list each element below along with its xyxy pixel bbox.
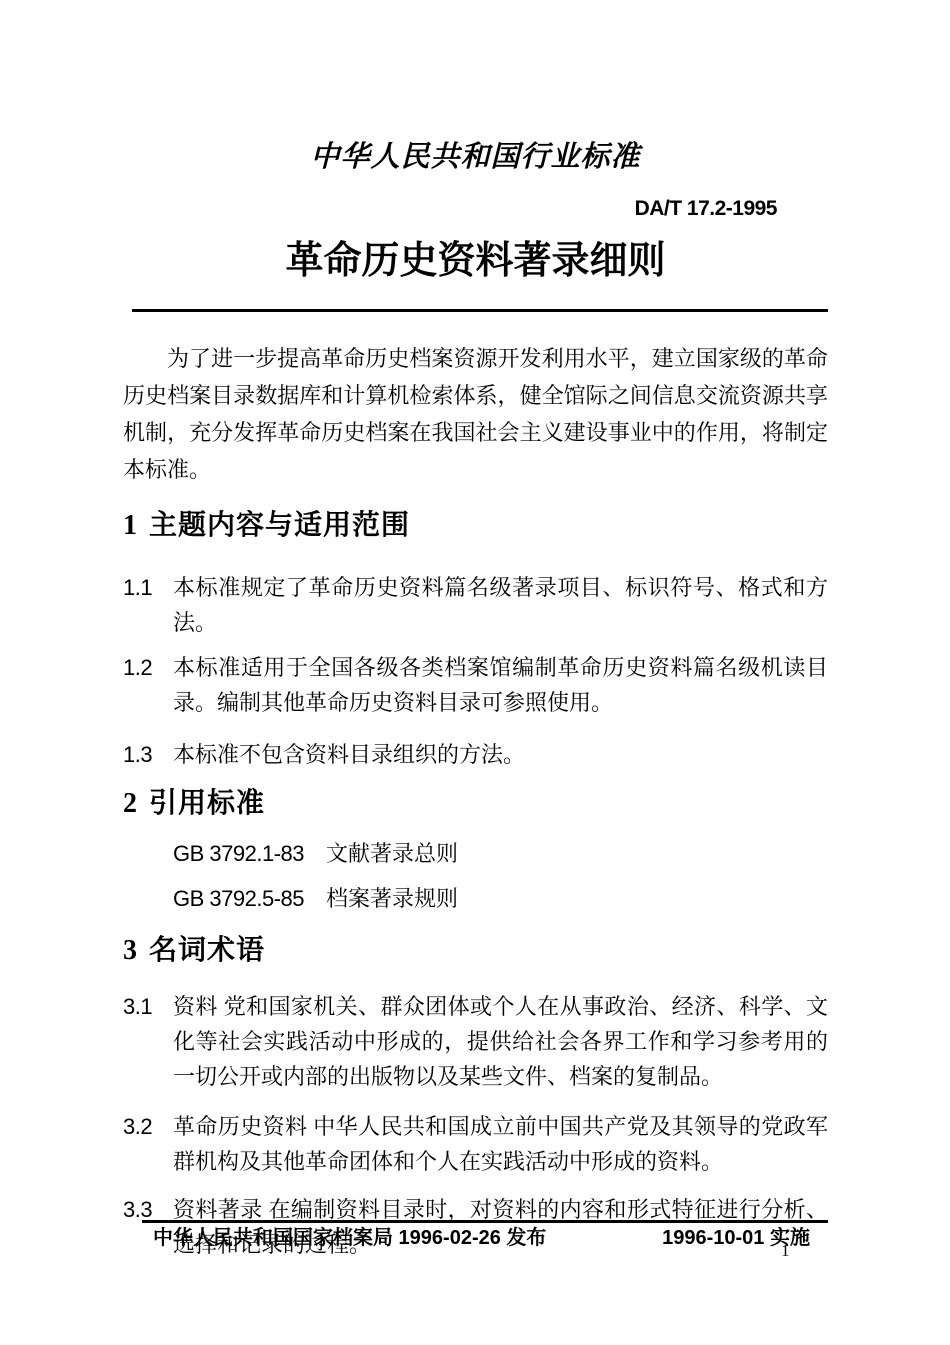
clause-1-1-number: 1.1	[123, 570, 173, 640]
clause-3-2: 3.2 革命历史资料 中华人民共和国成立前中国共产党及其领导的党政军群机构及其他…	[123, 1109, 828, 1179]
clause-3-2-text: 革命历史资料 中华人民共和国成立前中国共产党及其领导的党政军群机构及其他革命团体…	[173, 1109, 828, 1179]
reference-2-title: 档案著录规则	[326, 886, 458, 911]
footer-implement-text: 1996-10-01 实施	[662, 1227, 828, 1249]
section-3-title: 名词术语	[149, 934, 265, 965]
clause-1-2-text: 本标准适用于全国各级各类档案馆编制革命历史资料篇名级机读目录。编制其他革命历史资…	[173, 650, 828, 720]
clause-1-2: 1.2 本标准适用于全国各级各类档案馆编制革命历史资料篇名级机读目录。编制其他革…	[123, 650, 828, 720]
section-1-title: 主题内容与适用范围	[149, 509, 410, 540]
document-page: 中华人民共和国行业标准 DA/T 17.2-1995 革命历史资料著录细则 为了…	[0, 0, 950, 1345]
document-content: 中华人民共和国行业标准 DA/T 17.2-1995 革命历史资料著录细则 为了…	[123, 0, 828, 1262]
section-3-heading: 3名词术语	[123, 935, 828, 966]
clause-1-3-text: 本标准不包含资料目录组织的方法。	[173, 737, 828, 772]
clause-1-1: 1.1 本标准规定了革命历史资料篇名级著录项目、标识符号、格式和方法。	[123, 570, 828, 640]
title-divider-rule	[132, 309, 828, 312]
clause-1-2-number: 1.2	[123, 650, 173, 720]
clause-3-1: 3.1 资料 党和国家机关、群众团体或个人在从事政治、经济、科学、文化等社会实践…	[123, 989, 828, 1094]
footer-divider-rule	[142, 1220, 828, 1223]
section-2-heading: 2引用标准	[123, 788, 828, 819]
standard-type-heading: 中华人民共和国行业标准	[123, 142, 828, 173]
foreword-paragraph: 为了进一步提高革命历史档案资源开发利用水平，建立国家级的革命历史档案目录数据库和…	[123, 340, 828, 488]
footer: 中华人民共和国国家档案局 1996-02-26 发布 1996-10-01 实施	[142, 1227, 828, 1249]
clause-1-1-text: 本标准规定了革命历史资料篇名级著录项目、标识符号、格式和方法。	[173, 570, 828, 640]
reference-1-title: 文献著录总则	[326, 841, 458, 866]
clause-1-3: 1.3 本标准不包含资料目录组织的方法。	[123, 737, 828, 772]
reference-1-code: GB 3792.1-83	[173, 841, 304, 866]
clause-3-1-number: 3.1	[123, 989, 173, 1094]
page-number: 1	[781, 1242, 790, 1260]
clause-3-2-number: 3.2	[123, 1109, 173, 1179]
section-1-number: 1	[123, 510, 137, 541]
section-1-heading: 1主题内容与适用范围	[123, 510, 828, 541]
standard-number: DA/T 17.2-1995	[123, 198, 828, 219]
reference-2: GB 3792.5-85档案著录规则	[173, 881, 828, 916]
section-3-number: 3	[123, 935, 137, 966]
footer-issue-text: 中华人民共和国国家档案局 1996-02-26 发布	[142, 1227, 546, 1249]
section-2-number: 2	[123, 788, 137, 819]
reference-2-code: GB 3792.5-85	[173, 886, 304, 911]
reference-1: GB 3792.1-83文献著录总则	[173, 836, 828, 871]
clause-1-3-number: 1.3	[123, 737, 173, 772]
section-2-title: 引用标准	[149, 787, 265, 818]
document-title: 革命历史资料著录细则	[123, 241, 828, 281]
clause-3-1-text: 资料 党和国家机关、群众团体或个人在从事政治、经济、科学、文化等社会实践活动中形…	[173, 989, 828, 1094]
